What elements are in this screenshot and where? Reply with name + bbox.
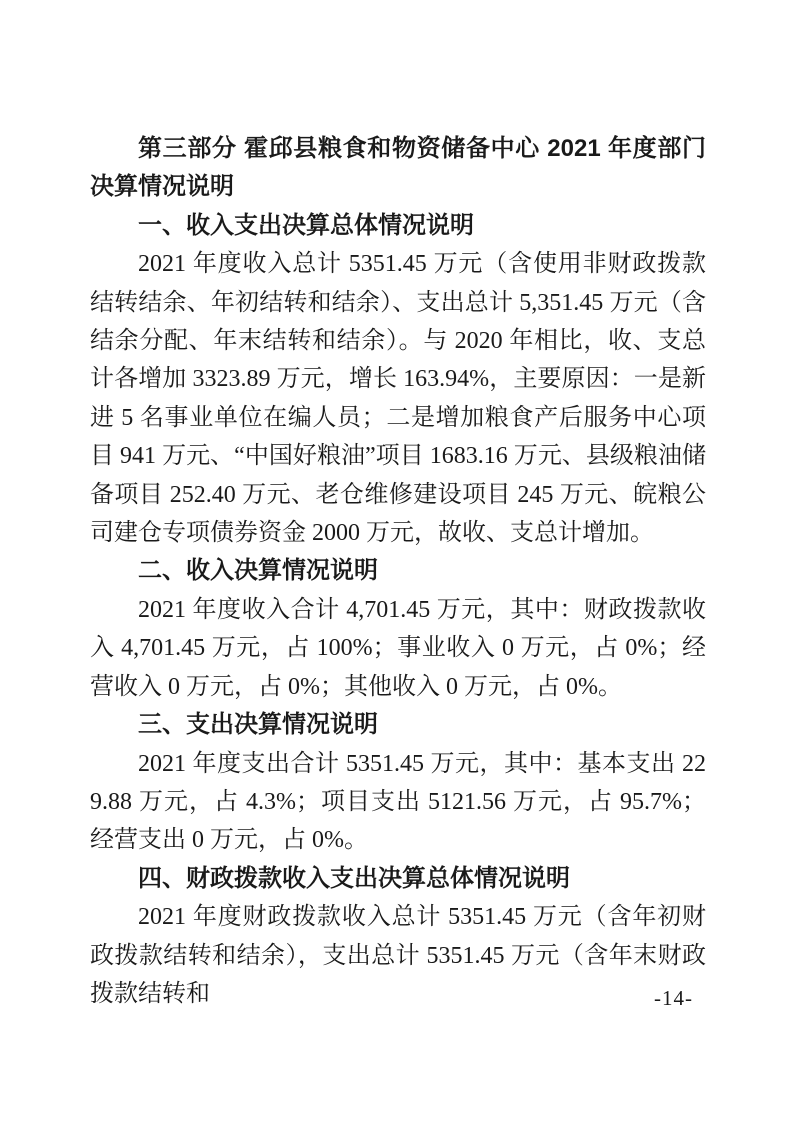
body-paragraph-4: 2021 年度收入合计 4,701.45 万元，其中：财政拨款收入 4,701.… xyxy=(90,591,706,706)
section-heading-0: 第三部分 霍邱县粮食和物资储备中心 2021 年度部门决算情况说明 xyxy=(90,130,706,207)
body-paragraph-8: 2021 年度财政拨款收入总计 5351.45 万元（含年初财政拨款结转和结余）… xyxy=(90,898,706,1013)
section-heading-1: 一、收入支出决算总体情况说明 xyxy=(90,207,706,245)
body-paragraph-2: 2021 年度收入总计 5351.45 万元（含使用非财政拨款结转结余、年初结转… xyxy=(90,245,706,552)
page-number: -14- xyxy=(654,986,693,1011)
document-page: 第三部分 霍邱县粮食和物资储备中心 2021 年度部门决算情况说明一、收入支出决… xyxy=(0,0,793,1122)
section-heading-7: 四、财政拨款收入支出决算总体情况说明 xyxy=(90,860,706,898)
section-heading-3: 二、收入决算情况说明 xyxy=(90,552,706,590)
body-paragraph-6: 2021 年度支出合计 5351.45 万元，其中：基本支出 229.88 万元… xyxy=(90,745,706,860)
document-content: 第三部分 霍邱县粮食和物资储备中心 2021 年度部门决算情况说明一、收入支出决… xyxy=(90,130,706,1013)
section-heading-5: 三、支出决算情况说明 xyxy=(90,706,706,744)
